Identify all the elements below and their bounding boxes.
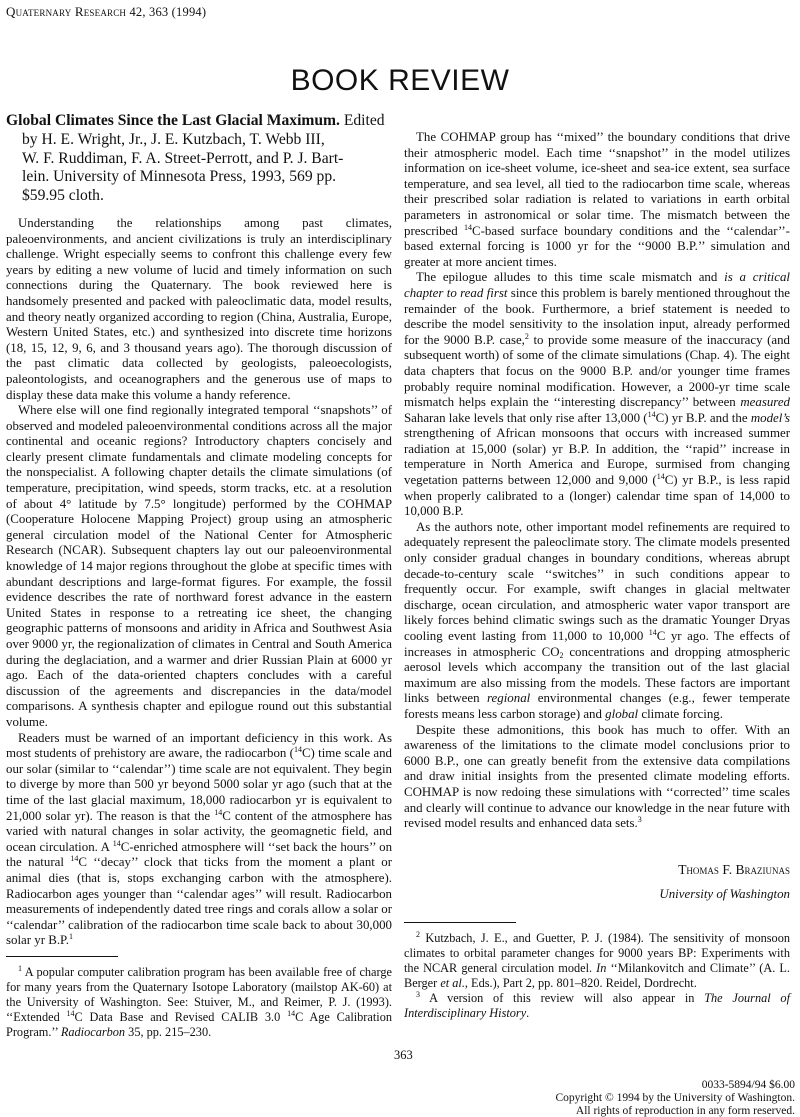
footnote-1: 1 A popular computer calibration program… xyxy=(6,965,392,1040)
right-footnotes: 2 Kutzbach, J. E., and Guetter, P. J. (1… xyxy=(404,922,790,1021)
paragraph: Readers must be warned of an important d… xyxy=(6,731,392,949)
issn-price-code: 0033-5894/94 $6.00 xyxy=(555,1079,795,1092)
paragraph: As the authors note, other important mod… xyxy=(404,520,790,723)
page-number: 363 xyxy=(394,1048,413,1063)
footnote-2: 2 Kutzbach, J. E., and Guetter, P. J. (1… xyxy=(404,931,790,991)
book-title: Global Climates Since the Last Glacial M… xyxy=(6,112,340,129)
running-head: Quaternary Research 42, 363 (1994) xyxy=(6,4,206,20)
book-editors-line-1: by H. E. Wright, Jr., J. E. Kutzbach, T.… xyxy=(6,131,392,150)
journal-citation: 42, 363 (1994) xyxy=(129,5,206,19)
reviewer-name: Thomas F. Braziunas xyxy=(404,862,790,878)
paragraph: Despite these admonitions, this book has… xyxy=(404,723,790,832)
footnote-ref[interactable]: 3 xyxy=(638,815,642,824)
copyright-block: 0033-5894/94 $6.00 Copyright © 1994 by t… xyxy=(555,1079,795,1117)
left-footnotes: 1 A popular computer calibration program… xyxy=(6,956,392,1040)
section-title: BOOK REVIEW xyxy=(0,64,800,98)
rights-line: All rights of reproduction in any form r… xyxy=(555,1105,795,1117)
footnote-rule xyxy=(6,956,118,957)
paragraph: The COHMAP group has ‘‘mixed’’ the bound… xyxy=(404,130,790,270)
reviewer-affiliation: University of Washington xyxy=(404,887,790,903)
paragraph: Where else will one find regionally inte… xyxy=(6,403,392,730)
book-citation: Global Climates Since the Last Glacial M… xyxy=(6,112,392,206)
book-edited-label: Edited xyxy=(340,112,385,129)
footnote-ref[interactable]: 1 xyxy=(69,932,73,941)
paragraph: The epilogue alludes to this time scale … xyxy=(404,270,790,520)
journal-name: Quaternary Research xyxy=(6,4,126,19)
copyright-line: Copyright © 1994 by the University of Wa… xyxy=(555,1092,795,1105)
left-column: Global Climates Since the Last Glacial M… xyxy=(6,112,392,949)
footnote-rule xyxy=(404,922,516,923)
paragraph: Understanding the relationships among pa… xyxy=(6,216,392,403)
book-price: $59.95 cloth. xyxy=(6,187,392,206)
book-editors-line-2: W. F. Ruddiman, F. A. Street-Perrott, an… xyxy=(6,150,392,169)
book-publisher: lein. University of Minnesota Press, 199… xyxy=(6,168,392,187)
right-column: The COHMAP group has ‘‘mixed’’ the bound… xyxy=(404,130,790,903)
footnote-3: 3 A version of this review will also app… xyxy=(404,991,790,1021)
